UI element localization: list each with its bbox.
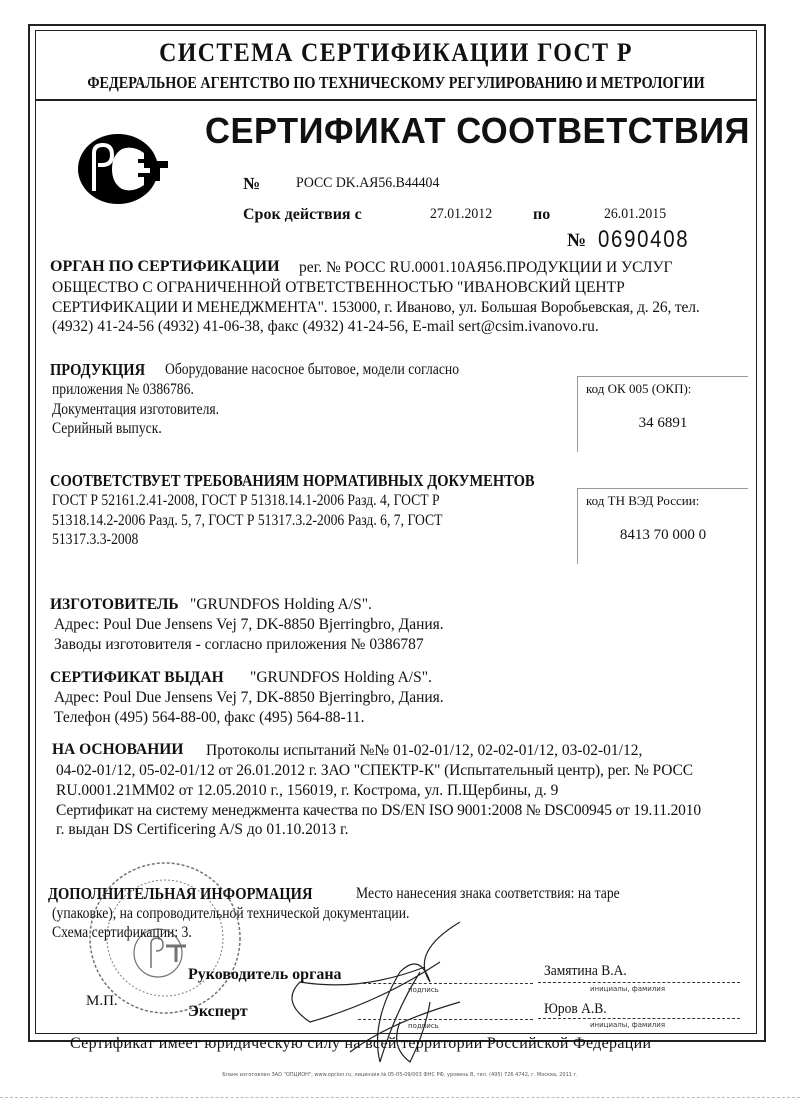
basis-line: Протоколы испытаний №№ 01-02-01/12, 02-0…	[206, 742, 642, 760]
conformity-line: 51318.14.2-2006 Разд. 5, 7, ГОСТ Р 51317…	[52, 512, 442, 530]
head-name-line	[538, 982, 740, 983]
manufacturer-label: ИЗГОТОВИТЕЛЬ	[50, 596, 179, 614]
certification-body-label: ОРГАН ПО СЕРТИФИКАЦИИ	[50, 258, 280, 276]
additional-info-line: Место нанесения знака соответствия: на т…	[356, 885, 620, 903]
product-line: Оборудование насосное бытовое, модели со…	[165, 361, 459, 379]
product-line: приложения № 0386786.	[52, 381, 194, 399]
print-imprint: Бланк изготовлен ЗАО "ОПЦИОН", www.opcio…	[0, 1072, 800, 1078]
tnved-code-box: код ТН ВЭД России: 8413 70 000 0	[577, 488, 748, 564]
head-name: Замятина В.А.	[544, 963, 627, 980]
head-signature-caption: подпись	[408, 986, 439, 994]
issued-to-label: СЕРТИФИКАТ ВЫДАН	[50, 669, 224, 687]
basis-label: НА ОСНОВАНИИ	[52, 741, 183, 759]
certificate-number: РОСС DK.АЯ56.В44404	[296, 175, 439, 192]
product-line: Серийный выпуск.	[52, 420, 162, 438]
certification-body-line: (4932) 41-24-56 (4932) 41-06-38, факс (4…	[52, 318, 599, 336]
certification-body-line: рег. № РОСС RU.0001.10АЯ56.ПРОДУКЦИИ И У…	[299, 259, 672, 277]
product-line: Документация изготовителя.	[52, 401, 219, 419]
expert-signature-line	[358, 1019, 533, 1020]
header-separator	[35, 99, 757, 101]
tnved-code-value: 8413 70 000 0	[578, 527, 748, 544]
certificate-title: СЕРТИФИКАТ СООТВЕТСТВИЯ	[205, 110, 750, 152]
certification-body-line: СЕРТИФИКАЦИИ И МЕНЕДЖМЕНТА". 153000, г. …	[52, 299, 700, 317]
conformity-line: ГОСТ Р 52161.2.41-2008, ГОСТ Р 51318.14.…	[52, 492, 440, 510]
issued-to-name: "GRUNDFOS Holding A/S".	[250, 669, 432, 687]
expert-signature-caption: подпись	[408, 1022, 439, 1030]
basis-line: RU.0001.21ММ02 от 12.05.2010 г., 156019,…	[56, 782, 558, 800]
conformity-line: 51317.3.3-2008	[52, 531, 138, 549]
blank-number-label: №	[567, 230, 586, 252]
expert-name-line	[538, 1018, 740, 1019]
tnved-code-label: код ТН ВЭД России:	[586, 493, 699, 509]
certification-body-line: ОБЩЕСТВО С ОГРАНИЧЕННОЙ ОТВЕТСТВЕННОСТЬЮ…	[52, 279, 625, 297]
legal-note: Сертификат имеет юридическую силу на все…	[70, 1035, 651, 1053]
validity-label: Срок действия с	[243, 206, 362, 224]
expert-name-caption: инициалы, фамилия	[590, 1021, 665, 1029]
head-label: Руководитель органа	[188, 966, 342, 984]
blank-number: 0690408	[598, 226, 689, 254]
certificate-number-label: №	[243, 174, 260, 194]
head-name-caption: инициалы, фамилия	[590, 985, 665, 993]
manufacturer-line: Адрес: Poul Due Jensens Vej 7, DK-8850 B…	[54, 616, 444, 634]
basis-line: г. выдан DS Certificering A/S до 01.10.2…	[56, 821, 349, 839]
valid-to: 26.01.2015	[604, 206, 666, 223]
system-title: СИСТЕМА СЕРТИФИКАЦИИ ГОСТ Р	[64, 38, 728, 68]
expert-name: Юров А.В.	[544, 1001, 607, 1018]
rst-logo-icon	[78, 133, 170, 205]
basis-line: 04-02-01/12, 05-02-01/12 от 26.01.2012 г…	[56, 762, 693, 780]
head-signature-line	[358, 983, 533, 984]
okp-code-label: код ОК 005 (ОКП):	[586, 381, 691, 397]
page-bottom-edge	[0, 1097, 800, 1098]
conformity-label: СООТВЕТСТВУЕТ ТРЕБОВАНИЯМ НОРМАТИВНЫХ ДО…	[50, 471, 535, 491]
product-label: ПРОДУКЦИЯ	[50, 360, 145, 380]
manufacturer-name: "GRUNDFOS Holding A/S".	[190, 596, 372, 614]
valid-to-label: по	[533, 206, 550, 224]
okp-code-value: 34 6891	[578, 415, 748, 432]
expert-label: Эксперт	[188, 1003, 248, 1021]
stamp-place-label: М.П.	[86, 993, 118, 1010]
manufacturer-line: Заводы изготовителя - согласно приложени…	[54, 636, 424, 654]
okp-code-box: код ОК 005 (ОКП): 34 6891	[577, 376, 748, 452]
issued-to-line: Адрес: Poul Due Jensens Vej 7, DK-8850 B…	[54, 689, 444, 707]
basis-line: Сертификат на систему менеджмента качест…	[56, 802, 701, 820]
agency-name: ФЕДЕРАЛЬНОЕ АГЕНТСТВО ПО ТЕХНИЧЕСКОМУ РЕ…	[86, 73, 707, 93]
issued-to-line: Телефон (495) 564-88-00, факс (495) 564-…	[54, 709, 364, 727]
valid-from: 27.01.2012	[430, 206, 492, 223]
